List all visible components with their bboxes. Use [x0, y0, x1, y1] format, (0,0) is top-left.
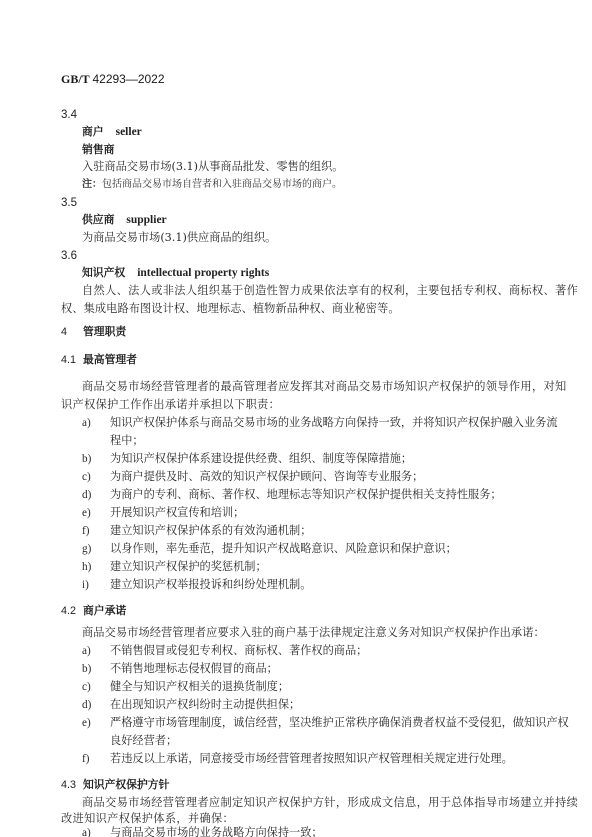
section-heading-4-3: 4.3知识产权保护方针: [61, 778, 169, 792]
section-title: 知识产权保护方针: [83, 778, 169, 791]
term-heading-supplier: 供应商supplier: [82, 213, 167, 227]
list-item: a)与商品交易市场的业务战略方向保持一致；: [82, 826, 323, 837]
section-title: 商户承诺: [83, 604, 126, 617]
section-heading-4-1: 4.1最高管理者: [61, 353, 137, 367]
list-item: b)不销售地理标志侵权假冒的商品；: [82, 662, 278, 676]
section-number: 4: [61, 325, 83, 339]
list-item: h)建立知识产权保护的奖惩机制；: [82, 560, 267, 574]
list-text: 为知识产权保护体系建设提供经费、组织、制度等保障措施；: [110, 452, 412, 465]
list-item: c)健全与知识产权相关的退换货制度；: [82, 680, 289, 694]
term-en: intellectual property rights: [137, 267, 269, 279]
list-text: 若违反以上承诺，同意接受市场经营管理者按照知识产权管理相关规定进行处理。: [110, 752, 513, 765]
list-text: 建立知识产权保护体系的有效沟通机制；: [110, 524, 311, 537]
standard-header: GB/T 42293—2022: [61, 72, 165, 86]
list-text: 开展知识产权宣传和培训；: [110, 506, 244, 519]
clause-number-3-6: 3.6: [61, 249, 77, 263]
paragraph-line: 识产权保护工作作出承诺并承担以下职责：: [61, 398, 280, 412]
list-text: 严格遵守市场管理制度，诚信经营，坚决维护正常秩序确保消费者权益不受侵犯，做知识产…: [110, 716, 569, 729]
section-title: 管理职责: [83, 325, 126, 338]
paragraph-line: 改进知识产权保护体系，并确保：: [61, 812, 234, 826]
paragraph-line: 商品交易市场经营管理者应制定知识产权保护方针，形成成文信息，用于总体指导市场建立…: [82, 796, 578, 810]
list-text: 建立知识产权举报投诉和纠纷处理机制。: [110, 578, 311, 591]
term-definition-line1: 自然人、法人或非法人组织基于创造性智力成果依法享有的权利，主要包括专利权、商标权…: [82, 284, 578, 298]
list-label: a): [82, 644, 110, 658]
term-zh: 知识产权: [82, 266, 125, 279]
list-item: b)为知识产权保护体系建设提供经费、组织、制度等保障措施；: [82, 452, 412, 466]
list-item: d)在出现知识产权纠纷时主动提供担保；: [82, 698, 300, 712]
term-heading-ipr: 知识产权intellectual property rights: [82, 266, 269, 280]
list-text: 与商品交易市场的业务战略方向保持一致；: [110, 826, 323, 837]
list-label: e): [82, 506, 110, 520]
term-zh: 供应商: [82, 213, 114, 226]
list-text: 不销售假冒或侵犯专利权、商标权、著作权的商品；: [110, 644, 367, 657]
list-label: f): [82, 752, 110, 766]
term-en: seller: [116, 126, 142, 138]
list-item: i)建立知识产权举报投诉和纠纷处理机制。: [82, 578, 311, 592]
list-label: f): [82, 524, 110, 538]
list-label: h): [82, 560, 110, 574]
list-label: a): [82, 826, 110, 837]
section-number: 4.3: [61, 778, 83, 792]
list-label: g): [82, 542, 110, 556]
list-text: 以身作则，率先垂范，提升知识产权战略意识、风险意识和保护意识；: [110, 542, 457, 555]
list-text: 建立知识产权保护的奖惩机制；: [110, 560, 267, 573]
paragraph-line: 商品交易市场经营管理者应要求入驻的商户基于法律规定注意义务对知识产权保护作出承诺…: [82, 626, 545, 640]
term-definition-line2: 权、集成电路布图设计权、地理标志、植物新品种权、商业秘密等。: [61, 302, 400, 316]
term-zh: 商户: [82, 125, 104, 138]
list-label: i): [82, 578, 110, 592]
note-text: 包括商品交易市场自营者和入驻商品交易市场的商户。: [102, 179, 342, 190]
clause-number-3-4: 3.4: [61, 108, 77, 122]
list-text: 不销售地理标志侵权假冒的商品；: [110, 662, 278, 675]
term-en: supplier: [126, 214, 166, 226]
list-text: 健全与知识产权相关的退换货制度；: [110, 680, 289, 693]
clause-number-3-5: 3.5: [61, 196, 77, 210]
term-definition: 入驻商品交易市场(3.1)从事商品批发、零售的组织。: [82, 160, 343, 174]
list-item: g)以身作则，率先垂范，提升知识产权战略意识、风险意识和保护意识；: [82, 542, 457, 556]
section-number: 4.2: [61, 604, 83, 618]
list-item: d)为商户的专利、商标、著作权、地理标志等知识产权保护提供相关支持性服务；: [82, 488, 502, 502]
paragraph-line: 商品交易市场经营管理者的最高管理者应发挥其对商品交易市场知识产权保护的领导作用，…: [82, 380, 567, 394]
list-text: 在出现知识产权纠纷时主动提供担保；: [110, 698, 300, 711]
term-note: 注：包括商品交易市场自营者和入驻商品交易市场的商户。: [82, 178, 342, 192]
standard-prefix: GB/T: [61, 72, 89, 86]
list-item: a)知识产权保护体系与商品交易市场的业务战略方向保持一致，并将知识产权保护融入业…: [82, 416, 558, 430]
section-title: 最高管理者: [83, 353, 137, 366]
list-text: 为商户的专利、商标、著作权、地理标志等知识产权保护提供相关支持性服务；: [110, 488, 502, 501]
list-text: 为商户提供及时、高效的知识产权保护顾问、咨询等专业服务；: [110, 470, 423, 483]
list-item: f)若违反以上承诺，同意接受市场经营管理者按照知识产权管理相关规定进行处理。: [82, 752, 513, 766]
list-item: e)开展知识产权宣传和培训；: [82, 506, 244, 520]
term-definition: 为商品交易市场(3.1)供应商品的组织。: [82, 231, 276, 245]
list-item: f)建立知识产权保护体系的有效沟通机制；: [82, 524, 311, 538]
term-heading-seller: 商户seller: [82, 125, 142, 139]
list-label: e): [82, 716, 110, 730]
list-item: e)严格遵守市场管理制度，诚信经营，坚决维护正常秩序确保消费者权益不受侵犯，做知…: [82, 716, 569, 730]
section-number: 4.1: [61, 353, 83, 367]
list-item-continuation: 良好经营者；: [110, 734, 177, 748]
list-label: a): [82, 416, 110, 430]
list-item: a)不销售假冒或侵犯专利权、商标权、著作权的商品；: [82, 644, 367, 658]
standard-number: 42293—2022: [92, 72, 164, 86]
list-label: c): [82, 470, 110, 484]
list-label: d): [82, 698, 110, 712]
list-text: 知识产权保护体系与商品交易市场的业务战略方向保持一致，并将知识产权保护融入业务流: [110, 416, 558, 429]
list-item: c)为商户提供及时、高效的知识产权保护顾问、咨询等专业服务；: [82, 470, 423, 484]
list-label: c): [82, 680, 110, 694]
note-label: 注：: [82, 179, 102, 190]
term-synonym: 销售商: [82, 143, 114, 157]
list-label: b): [82, 662, 110, 676]
list-label: b): [82, 452, 110, 466]
list-label: d): [82, 488, 110, 502]
section-heading-4: 4管理职责: [61, 325, 126, 339]
section-heading-4-2: 4.2商户承诺: [61, 604, 126, 618]
list-item-continuation: 程中；: [110, 434, 144, 448]
